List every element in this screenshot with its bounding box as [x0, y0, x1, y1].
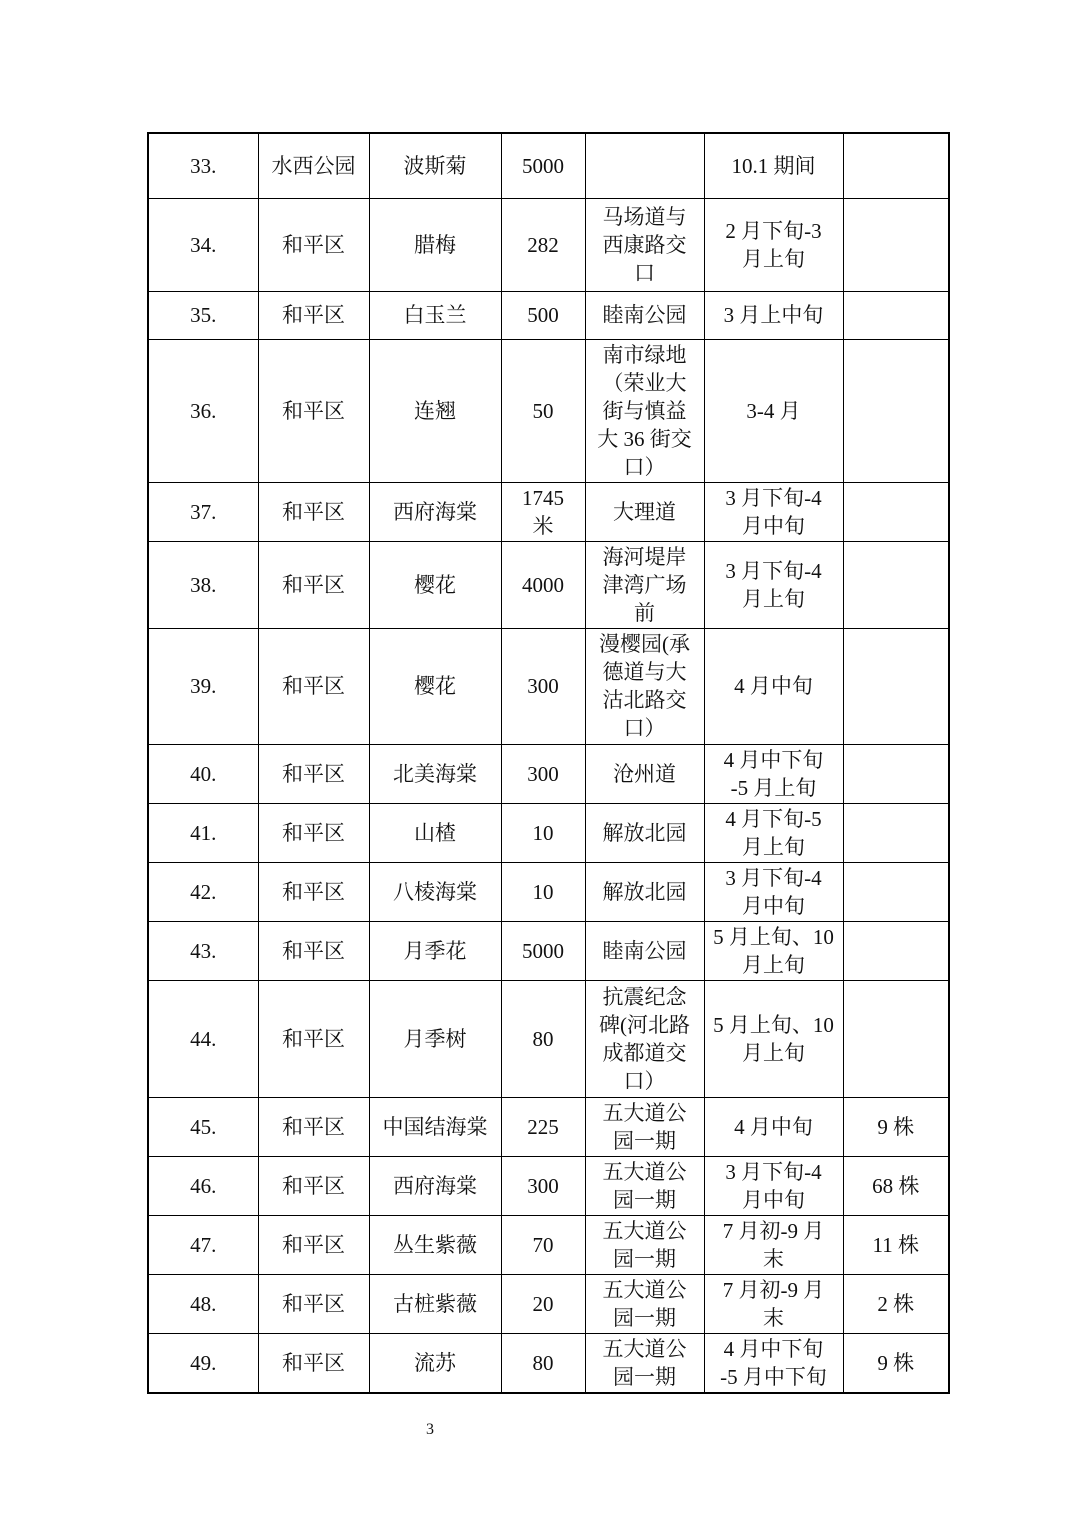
- table-cell-quantity: 80: [501, 1333, 585, 1393]
- table-cell-flower: 流苏: [369, 1333, 501, 1393]
- table-row: 37.和平区西府海棠1745 米大理道3 月下旬-4 月中旬: [148, 482, 949, 541]
- table-cell-period: 2 月下旬-3 月上旬: [704, 198, 843, 291]
- table-cell-index: 45.: [148, 1097, 258, 1156]
- table-cell-period: 4 月中旬: [704, 1097, 843, 1156]
- table-cell-flower: 腊梅: [369, 198, 501, 291]
- table-cell-note: 9 株: [843, 1097, 949, 1156]
- table-cell-location: 解放北园: [585, 803, 704, 862]
- flower-schedule-table: 33.水西公园波斯菊500010.1 期间34.和平区腊梅282马场道与 西康路…: [147, 132, 950, 1394]
- table-cell-district: 和平区: [258, 628, 369, 744]
- table-cell-period: 3 月上中旬: [704, 291, 843, 339]
- table-cell-index: 38.: [148, 541, 258, 628]
- table-cell-period: 3-4 月: [704, 339, 843, 482]
- table-cell-index: 41.: [148, 803, 258, 862]
- table-cell-index: 48.: [148, 1274, 258, 1333]
- table-cell-district: 和平区: [258, 1274, 369, 1333]
- table-cell-location: 五大道公 园一期: [585, 1333, 704, 1393]
- table-cell-location: 沧州道: [585, 744, 704, 803]
- table-cell-quantity: 225: [501, 1097, 585, 1156]
- table-cell-district: 和平区: [258, 1156, 369, 1215]
- table-cell-note: [843, 291, 949, 339]
- table-cell-period: 10.1 期间: [704, 133, 843, 198]
- table-cell-index: 37.: [148, 482, 258, 541]
- table-cell-flower: 连翘: [369, 339, 501, 482]
- table-cell-index: 44.: [148, 980, 258, 1097]
- table-cell-quantity: 5000: [501, 921, 585, 980]
- table-cell-note: 9 株: [843, 1333, 949, 1393]
- table-cell-note: [843, 482, 949, 541]
- table-cell-location: 睦南公园: [585, 921, 704, 980]
- table-cell-district: 和平区: [258, 198, 369, 291]
- table-cell-period: 4 月下旬-5 月上旬: [704, 803, 843, 862]
- table-cell-note: [843, 803, 949, 862]
- table-cell-note: 2 株: [843, 1274, 949, 1333]
- table-cell-district: 和平区: [258, 862, 369, 921]
- table-cell-quantity: 10: [501, 803, 585, 862]
- document-page: 33.水西公园波斯菊500010.1 期间34.和平区腊梅282马场道与 西康路…: [0, 0, 1080, 1527]
- table-cell-period: 3 月下旬-4 月中旬: [704, 482, 843, 541]
- table-cell-location: 五大道公 园一期: [585, 1097, 704, 1156]
- table-cell-index: 40.: [148, 744, 258, 803]
- table-row: 38.和平区樱花4000海河堤岸 津湾广场 前3 月下旬-4 月上旬: [148, 541, 949, 628]
- table-cell-index: 49.: [148, 1333, 258, 1393]
- table-cell-flower: 西府海棠: [369, 482, 501, 541]
- table-cell-period: 7 月初-9 月 末: [704, 1215, 843, 1274]
- table-cell-index: 33.: [148, 133, 258, 198]
- table-cell-index: 42.: [148, 862, 258, 921]
- table-cell-location: 漫樱园(承 德道与大 沽北路交 口）: [585, 628, 704, 744]
- table-cell-index: 34.: [148, 198, 258, 291]
- table-row: 42.和平区八棱海棠10解放北园3 月下旬-4 月中旬: [148, 862, 949, 921]
- table-row: 44.和平区月季树80抗震纪念 碑(河北路 成都道交 口）5 月上旬、10 月上…: [148, 980, 949, 1097]
- table-cell-location: 南市绿地 （荣业大 街与慎益 大 36 街交 口）: [585, 339, 704, 482]
- table-cell-note: [843, 628, 949, 744]
- table-cell-quantity: 50: [501, 339, 585, 482]
- table-cell-note: [843, 541, 949, 628]
- table-cell-location: 马场道与 西康路交 口: [585, 198, 704, 291]
- table-cell-flower: 八棱海棠: [369, 862, 501, 921]
- table-cell-quantity: 300: [501, 628, 585, 744]
- table-cell-location: 睦南公园: [585, 291, 704, 339]
- table-cell-district: 和平区: [258, 980, 369, 1097]
- table-cell-district: 和平区: [258, 803, 369, 862]
- table-cell-quantity: 5000: [501, 133, 585, 198]
- table-cell-location: 五大道公 园一期: [585, 1156, 704, 1215]
- table-cell-period: 5 月上旬、10 月上旬: [704, 980, 843, 1097]
- table-cell-period: 4 月中旬: [704, 628, 843, 744]
- table-cell-quantity: 1745 米: [501, 482, 585, 541]
- table-cell-note: 68 株: [843, 1156, 949, 1215]
- table-cell-note: [843, 339, 949, 482]
- table-cell-index: 43.: [148, 921, 258, 980]
- table-row: 34.和平区腊梅282马场道与 西康路交 口2 月下旬-3 月上旬: [148, 198, 949, 291]
- table-cell-district: 和平区: [258, 1215, 369, 1274]
- table-cell-quantity: 80: [501, 980, 585, 1097]
- table-cell-note: [843, 921, 949, 980]
- table-cell-index: 46.: [148, 1156, 258, 1215]
- table-cell-quantity: 282: [501, 198, 585, 291]
- table-cell-flower: 白玉兰: [369, 291, 501, 339]
- table-row: 46.和平区西府海棠300五大道公 园一期3 月下旬-4 月中旬68 株: [148, 1156, 949, 1215]
- table-row: 47.和平区丛生紫薇70五大道公 园一期7 月初-9 月 末11 株: [148, 1215, 949, 1274]
- table-cell-period: 3 月下旬-4 月中旬: [704, 1156, 843, 1215]
- table-cell-note: [843, 744, 949, 803]
- table-cell-flower: 中国结海棠: [369, 1097, 501, 1156]
- table-cell-note: [843, 198, 949, 291]
- table-cell-district: 和平区: [258, 921, 369, 980]
- table-cell-district: 和平区: [258, 482, 369, 541]
- table-row: 45.和平区中国结海棠225五大道公 园一期4 月中旬9 株: [148, 1097, 949, 1156]
- table-cell-index: 47.: [148, 1215, 258, 1274]
- table-cell-flower: 古桩紫薇: [369, 1274, 501, 1333]
- table-cell-district: 和平区: [258, 744, 369, 803]
- table-row: 36.和平区连翘50南市绿地 （荣业大 街与慎益 大 36 街交 口）3-4 月: [148, 339, 949, 482]
- table-cell-location: 解放北园: [585, 862, 704, 921]
- table-cell-quantity: 10: [501, 862, 585, 921]
- table-cell-flower: 北美海棠: [369, 744, 501, 803]
- table-cell-quantity: 4000: [501, 541, 585, 628]
- table-cell-district: 和平区: [258, 291, 369, 339]
- table-row: 49.和平区流苏80五大道公 园一期4 月中下旬 -5 月中下旬9 株: [148, 1333, 949, 1393]
- table-cell-flower: 丛生紫薇: [369, 1215, 501, 1274]
- table-cell-location: 海河堤岸 津湾广场 前: [585, 541, 704, 628]
- table-cell-quantity: 20: [501, 1274, 585, 1333]
- table-cell-period: 4 月中下旬 -5 月中下旬: [704, 1333, 843, 1393]
- page-number: 3: [414, 1421, 446, 1439]
- table-cell-index: 39.: [148, 628, 258, 744]
- table-row: 41.和平区山楂10解放北园4 月下旬-5 月上旬: [148, 803, 949, 862]
- table-cell-location: [585, 133, 704, 198]
- table-cell-quantity: 300: [501, 744, 585, 803]
- table-cell-district: 和平区: [258, 541, 369, 628]
- table-cell-index: 35.: [148, 291, 258, 339]
- table-cell-period: 4 月中下旬 -5 月上旬: [704, 744, 843, 803]
- table-row: 35.和平区白玉兰500睦南公园3 月上中旬: [148, 291, 949, 339]
- table-cell-flower: 月季树: [369, 980, 501, 1097]
- table-cell-flower: 山楂: [369, 803, 501, 862]
- table-row: 33.水西公园波斯菊500010.1 期间: [148, 133, 949, 198]
- table-cell-flower: 波斯菊: [369, 133, 501, 198]
- table-cell-period: 7 月初-9 月 末: [704, 1274, 843, 1333]
- table-cell-quantity: 70: [501, 1215, 585, 1274]
- table-cell-quantity: 500: [501, 291, 585, 339]
- table-cell-flower: 西府海棠: [369, 1156, 501, 1215]
- table-cell-quantity: 300: [501, 1156, 585, 1215]
- table-cell-location: 五大道公 园一期: [585, 1274, 704, 1333]
- table-cell-district: 和平区: [258, 1097, 369, 1156]
- table-row: 48.和平区古桩紫薇20五大道公 园一期7 月初-9 月 末2 株: [148, 1274, 949, 1333]
- table-cell-flower: 樱花: [369, 541, 501, 628]
- table-cell-flower: 月季花: [369, 921, 501, 980]
- table-cell-district: 水西公园: [258, 133, 369, 198]
- table-cell-period: 3 月下旬-4 月上旬: [704, 541, 843, 628]
- table-cell-period: 5 月上旬、10 月上旬: [704, 921, 843, 980]
- table-cell-note: [843, 980, 949, 1097]
- table-cell-note: 11 株: [843, 1215, 949, 1274]
- table-body: 33.水西公园波斯菊500010.1 期间34.和平区腊梅282马场道与 西康路…: [148, 133, 949, 1393]
- table-cell-district: 和平区: [258, 339, 369, 482]
- table-cell-period: 3 月下旬-4 月中旬: [704, 862, 843, 921]
- table-row: 39.和平区樱花300漫樱园(承 德道与大 沽北路交 口）4 月中旬: [148, 628, 949, 744]
- table-cell-note: [843, 862, 949, 921]
- table-cell-location: 抗震纪念 碑(河北路 成都道交 口）: [585, 980, 704, 1097]
- table-row: 43.和平区月季花5000睦南公园5 月上旬、10 月上旬: [148, 921, 949, 980]
- table-cell-district: 和平区: [258, 1333, 369, 1393]
- table-cell-flower: 樱花: [369, 628, 501, 744]
- table-row: 40.和平区北美海棠300沧州道4 月中下旬 -5 月上旬: [148, 744, 949, 803]
- table-cell-location: 大理道: [585, 482, 704, 541]
- table-cell-index: 36.: [148, 339, 258, 482]
- table-cell-location: 五大道公 园一期: [585, 1215, 704, 1274]
- table-cell-note: [843, 133, 949, 198]
